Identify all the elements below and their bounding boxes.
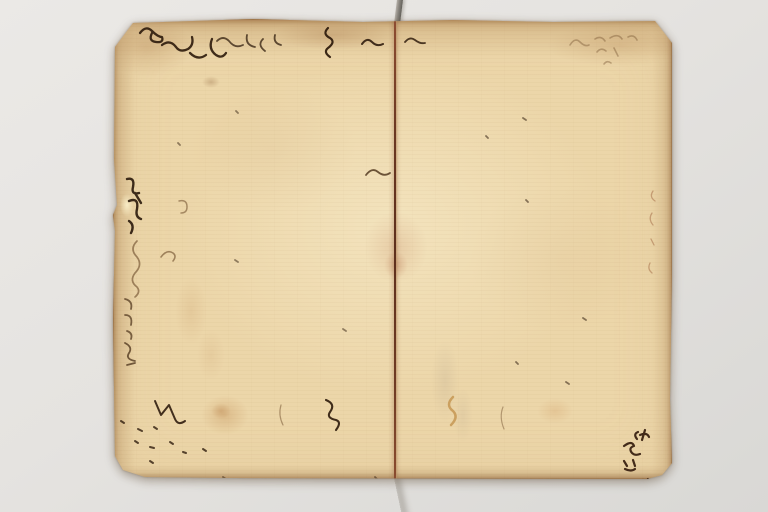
book-spread: [113, 19, 672, 479]
binding-thread-bottom: [386, 473, 402, 512]
left-page: [113, 19, 394, 479]
book-cover: [113, 19, 672, 479]
right-page: [396, 19, 672, 479]
photo-backdrop: [0, 0, 768, 512]
center-fold-line: [394, 19, 396, 479]
